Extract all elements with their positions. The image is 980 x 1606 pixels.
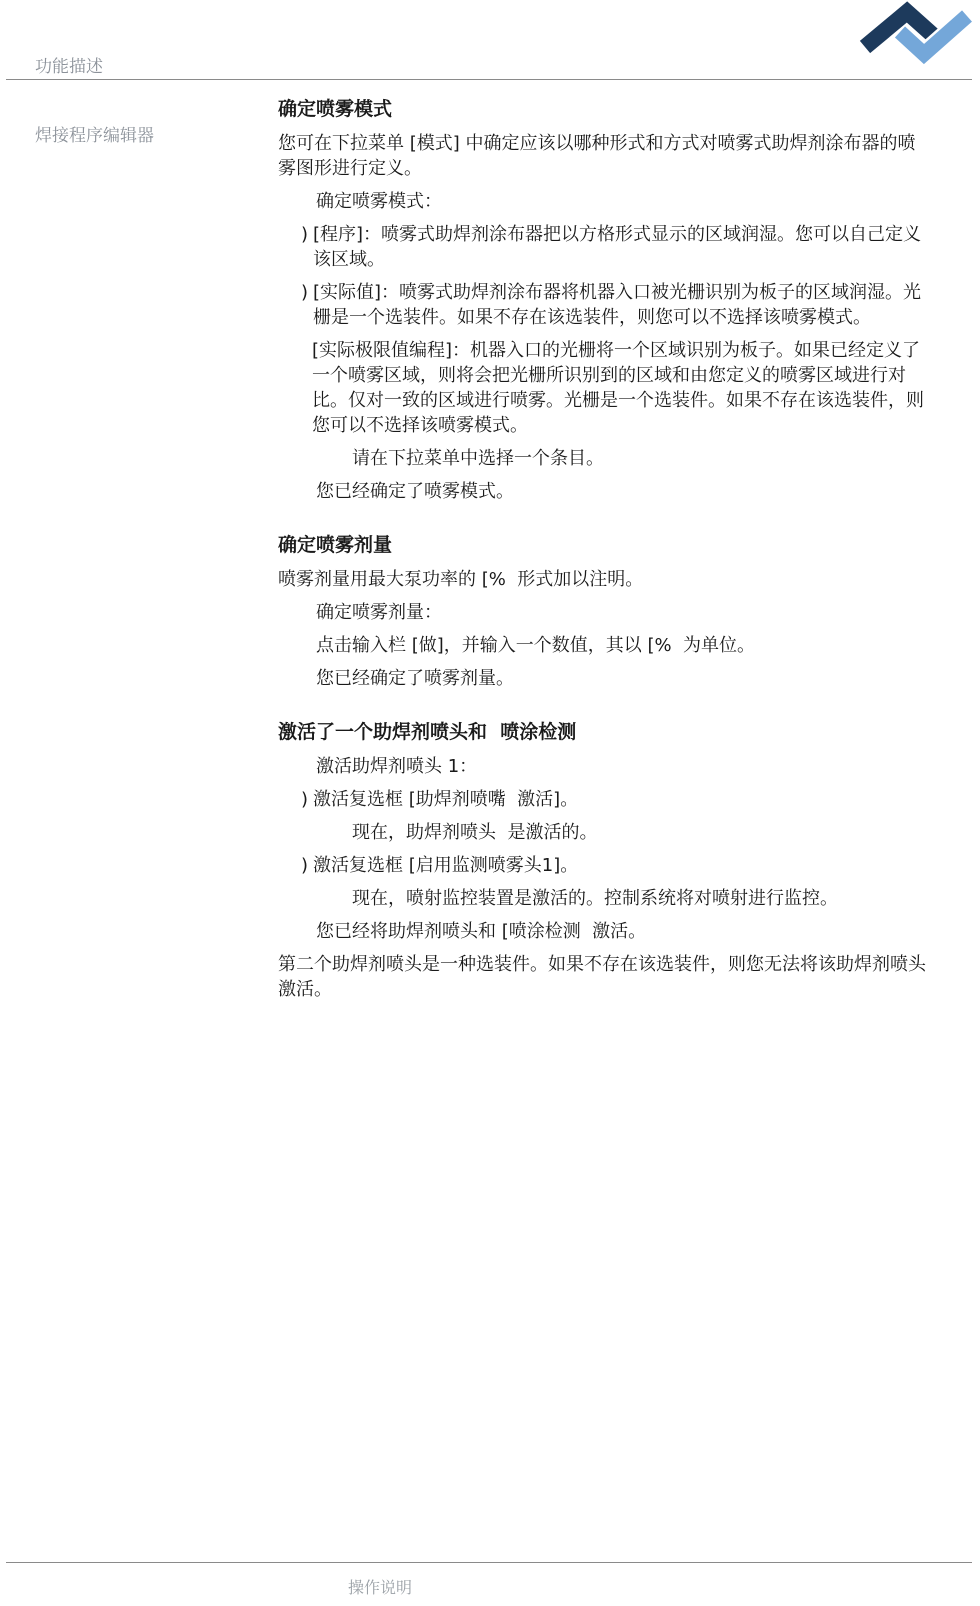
paragraph: 您可在下拉菜单 [模式] 中确定应该以哪种形式和方式对喷雾式助焊剂涂布器的喷雾图…: [278, 131, 933, 181]
step-line: 点击输入栏 [做]，并输入一个数值，其以 [% 为单位。: [316, 633, 933, 658]
step-line: 激活助焊剂喷头 1：: [316, 754, 933, 779]
footer-label: 操作说明: [348, 1575, 972, 1598]
step-line: 您已经确定了喷雾模式。: [316, 479, 933, 504]
bullet-item: ) [实际值]：喷雾式助焊剂涂布器将机器入口被光栅识别为板子的区域润湿。光栅是一…: [278, 280, 933, 330]
header-doc-type: 功能描述: [35, 56, 154, 79]
bullet-item: ) 激活复选框 [助焊剂喷嘴 激活]。: [278, 787, 933, 812]
content-column: 确定喷雾模式 您可在下拉菜单 [模式] 中确定应该以哪种形式和方式对喷雾式助焊剂…: [278, 80, 933, 1010]
step-line: 您已经确定了喷雾剂量。: [316, 666, 933, 691]
bullet-text: [实际值]：喷雾式助焊剂涂布器将机器入口被光栅识别为板子的区域润湿。光栅是一个选…: [313, 280, 933, 330]
bullet-marker: ): [301, 787, 313, 812]
step-line: 您已经将助焊剂喷头和 [喷涂检测 激活。: [316, 919, 933, 944]
section-heading: 确定喷雾模式: [278, 96, 933, 122]
step-line: 确定喷雾模式：: [316, 189, 933, 214]
note-paragraph: 第二个助焊剂喷头是一种选装件。如果不存在该选装件，则您无法将该助焊剂喷头激活。: [278, 952, 933, 1002]
result-line: 请在下拉菜单中选择一个条目。: [352, 446, 933, 471]
note-paragraph: [实际极限值编程]：机器入口的光栅将一个区域识别为板子。如果已经定义了一个喷雾区…: [312, 338, 933, 438]
page-header: 功能描述 焊接程序编辑器: [0, 0, 980, 79]
brand-logo: [845, 1, 977, 65]
bullet-text: [程序]：喷雾式助焊剂涂布器把以方格形式显示的区域润湿。您可以自己定义该区域。: [313, 222, 933, 272]
bullet-item: ) 激活复选框 [启用监测喷雾头1]。: [278, 853, 933, 878]
bullet-marker: ): [301, 853, 313, 878]
bullet-marker: ): [301, 280, 313, 330]
bullet-marker: ): [301, 222, 313, 272]
bullet-text: 激活复选框 [助焊剂喷嘴 激活]。: [313, 787, 933, 812]
manual-page: 功能描述 焊接程序编辑器 确定喷雾模式 您可在下拉菜单 [模式] 中确定应该以哪…: [0, 0, 980, 1606]
paragraph: 喷雾剂量用最大泵功率的 [% 形式加以注明。: [278, 567, 933, 592]
bullet-item: ) [程序]：喷雾式助焊剂涂布器把以方格形式显示的区域润湿。您可以自己定义该区域…: [278, 222, 933, 272]
page-footer: 操作说明: [6, 1562, 972, 1606]
header-text-block: 功能描述 焊接程序编辑器: [35, 10, 154, 194]
bullet-text: 激活复选框 [启用监测喷雾头1]。: [313, 853, 933, 878]
result-line: 现在，助焊剂喷头 是激活的。: [352, 820, 933, 845]
result-line: 现在，喷射监控装置是激活的。控制系统将对喷射进行监控。: [352, 886, 933, 911]
section-heading: 确定喷雾剂量: [278, 532, 933, 558]
step-line: 确定喷雾剂量：: [316, 600, 933, 625]
section-heading: 激活了一个助焊剂喷头和 喷涂检测: [278, 719, 933, 745]
header-doc-subtitle: 焊接程序编辑器: [35, 125, 154, 148]
